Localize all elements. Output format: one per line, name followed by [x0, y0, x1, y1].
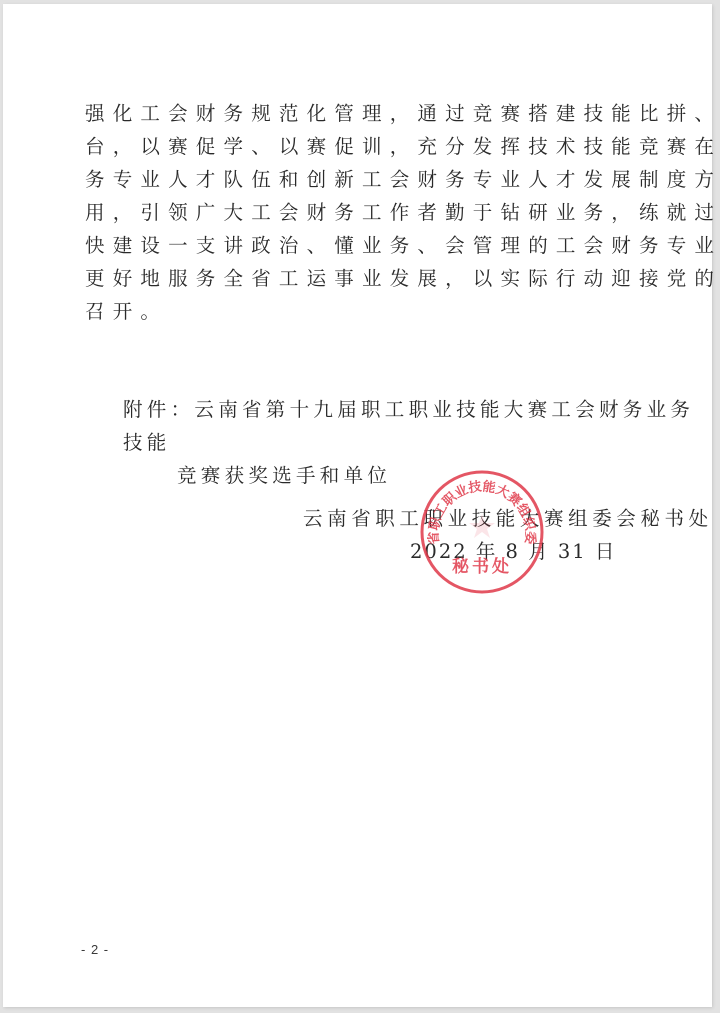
paragraph-line: 强化工会财务规范化管理，通过竞赛搭建技能比拼、技艺展示平 — [85, 97, 645, 130]
paragraph-line: 用，引领广大工会财务工作者勤于钻研业务，练就过硬本领，加 — [85, 196, 645, 229]
body-paragraph: 强化工会财务规范化管理，通过竞赛搭建技能比拼、技艺展示平 台，以赛促学、以赛促训… — [85, 97, 645, 328]
paragraph-line: 召开。 — [85, 295, 645, 328]
paragraph-line: 务专业人才队伍和创新工会财务专业人才发展制度方面的积极作 — [85, 163, 645, 196]
official-seal-icon: 云南省职工职业技能大赛组织委员会 秘书处 — [418, 468, 546, 596]
paragraph-line: 更好地服务全省工运事业发展，以实际行动迎接党的二十大胜利 — [85, 262, 645, 295]
attachment-title-line1: 云南省第十九届职工职业技能大赛工会财务业务技能 — [123, 398, 694, 454]
paragraph-line: 台，以赛促学、以赛促训，充分发挥技术技能竞赛在建立工会财 — [85, 130, 645, 163]
paragraph-line: 快建设一支讲政治、懂业务、会管理的工会财务专业人才队伍， — [85, 229, 645, 262]
attachment-label: 附件： — [123, 393, 194, 426]
page-number: - 2 - — [81, 942, 109, 957]
seal-center-text: 秘书处 — [452, 556, 512, 577]
document-page: 强化工会财务规范化管理，通过竞赛搭建技能比拼、技艺展示平 台，以赛促学、以赛促训… — [3, 4, 712, 1007]
